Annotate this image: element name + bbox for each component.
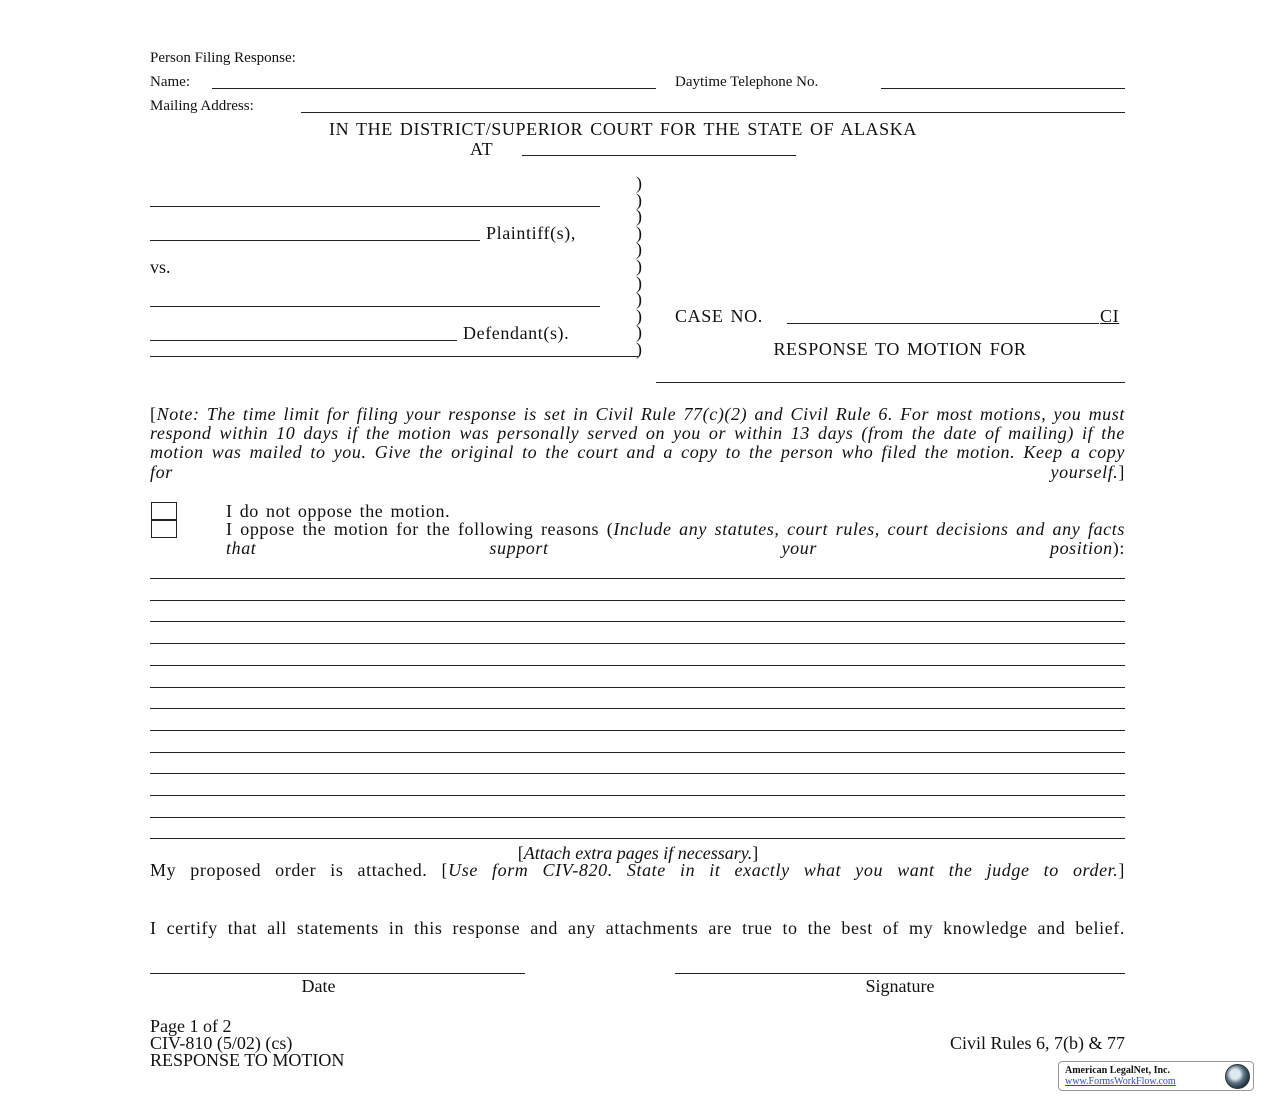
court-title: IN THE DISTRICT/SUPERIOR COURT FOR THE S… <box>123 119 1123 139</box>
reason-line[interactable] <box>150 600 1125 601</box>
plaintiff-label: Plaintiff(s), <box>486 223 576 243</box>
reason-line[interactable] <box>150 730 1125 731</box>
case-number-field[interactable] <box>787 323 1099 324</box>
person-filing-label: Person Filing Response: <box>150 50 296 67</box>
reason-line[interactable] <box>150 708 1125 709</box>
badge-company: American LegalNet, Inc. <box>1065 1065 1170 1076</box>
phone-field[interactable] <box>881 88 1125 89</box>
certification-text: I certify that all statements in this re… <box>150 919 1125 939</box>
name-field[interactable] <box>212 88 656 89</box>
reason-line[interactable] <box>150 665 1125 666</box>
oppose-text: I oppose the motion for the following re… <box>226 519 613 539</box>
reason-line[interactable] <box>150 838 1125 839</box>
oppose-label: I oppose the motion for the following re… <box>226 520 1125 558</box>
case-suffix: CI <box>1100 306 1119 326</box>
globe-icon <box>1225 1064 1250 1089</box>
proposed-order-text: My proposed order is attached. [ <box>150 860 448 880</box>
form-title: RESPONSE TO MOTION <box>150 1052 344 1069</box>
oppose-checkbox[interactable] <box>151 520 177 538</box>
at-label: AT <box>470 139 493 159</box>
defendant-name-line-1[interactable] <box>150 306 600 307</box>
note-open-bracket: [ <box>150 404 157 424</box>
court-location-field[interactable] <box>522 155 796 156</box>
legalnet-badge[interactable]: American LegalNet, Inc. www.FormsWorkFlo… <box>1058 1061 1254 1091</box>
reason-line[interactable] <box>150 687 1125 688</box>
oppose-suffix: ): <box>1113 538 1125 558</box>
case-no-label: CASE NO. <box>675 306 763 326</box>
civil-rules-reference: Civil Rules 6, 7(b) & 77 <box>700 1035 1125 1052</box>
signature-label: Signature <box>675 976 1125 996</box>
motion-for-field[interactable] <box>656 382 1125 383</box>
plaintiff-name-line-2[interactable] <box>150 240 480 241</box>
address-label: Mailing Address: <box>150 98 254 115</box>
reason-line[interactable] <box>150 773 1125 774</box>
proposed-order: My proposed order is attached. [Use form… <box>150 861 1125 881</box>
do-not-oppose-checkbox[interactable] <box>151 502 177 520</box>
phone-label: Daytime Telephone No. <box>675 74 818 91</box>
defendant-label: Defendant(s). <box>463 323 569 343</box>
caption-paren: ) <box>636 341 642 358</box>
proposed-order-close: ] <box>1118 860 1125 880</box>
date-label: Date <box>150 976 487 996</box>
date-field[interactable] <box>150 973 525 974</box>
address-field[interactable] <box>301 112 1125 113</box>
plaintiff-name-line-1[interactable] <box>150 206 600 207</box>
reason-line[interactable] <box>150 795 1125 796</box>
reason-line[interactable] <box>150 578 1125 579</box>
reason-line[interactable] <box>150 752 1125 753</box>
vs-label: vs. <box>150 257 171 277</box>
filing-note: [Note: The time limit for filing your re… <box>150 405 1125 482</box>
reason-line[interactable] <box>150 817 1125 818</box>
document-title: RESPONSE TO MOTION FOR <box>656 339 1144 359</box>
caption-bottom-line <box>150 356 638 357</box>
note-text: Note: The time limit for filing your res… <box>150 404 1125 482</box>
proposed-order-instructions: Use form CIV-820. State in it exactly wh… <box>448 860 1118 880</box>
do-not-oppose-label: I do not oppose the motion. <box>226 501 450 521</box>
badge-url-link[interactable]: www.FormsWorkFlow.com <box>1065 1076 1176 1087</box>
reason-line[interactable] <box>150 643 1125 644</box>
reason-line[interactable] <box>150 621 1125 622</box>
defendant-name-line-2[interactable] <box>150 340 457 341</box>
signature-field[interactable] <box>675 973 1125 974</box>
note-close-bracket: ] <box>1118 462 1125 482</box>
name-label: Name: <box>150 74 190 91</box>
